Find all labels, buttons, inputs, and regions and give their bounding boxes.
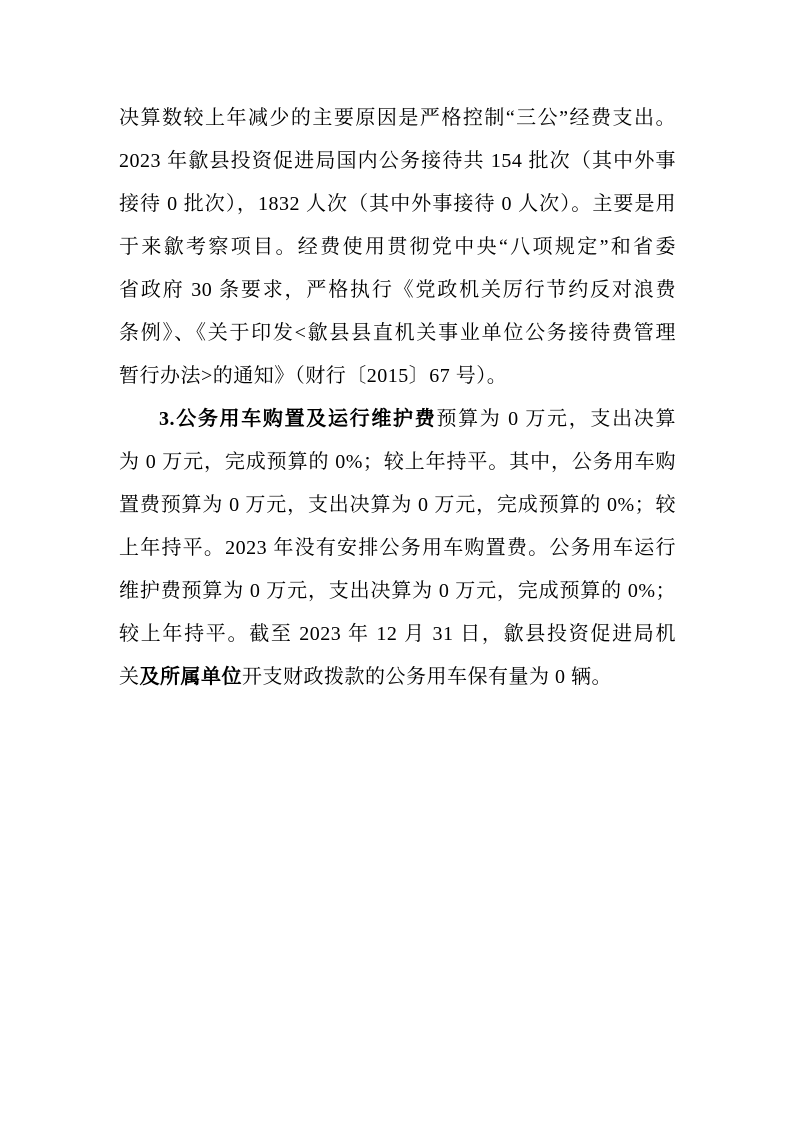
text-line: 接待 0 批次），1832 人次（其中外事接待 0 人次）。主要是用 <box>119 183 676 226</box>
text-line: 2023 年歙县投资促进局国内公务接待共 154 批次（其中外事 <box>119 140 676 183</box>
document-page: 决算数较上年减少的主要原因是严格控制“三公”经费支出。2023 年歙县投资促进局… <box>0 0 793 1122</box>
text-line: 省政府 30 条要求，严格执行《党政机关厉行节约反对浪费 <box>119 269 676 312</box>
text-line: 暂行办法>的通知》（财行〔2015〕67 号）。 <box>119 355 676 398</box>
text-line: 为 0 万元，完成预算的 0%；较上年持平。其中，公务用车购 <box>119 441 676 484</box>
text-segment: 上年持平。2023 年没有安排公务用车购置费。公务用车运行 <box>119 537 676 559</box>
text-line: 决算数较上年减少的主要原因是严格控制“三公”经费支出。 <box>119 97 676 140</box>
text-line: 3.公务用车购置及运行维护费预算为 0 万元，支出决算 <box>119 398 676 441</box>
text-line: 关及所属单位开支财政拨款的公务用车保有量为 0 辆。 <box>119 656 676 699</box>
text-segment: 较上年持平。截至 2023 年 12 月 31 日，歙县投资促进局机 <box>119 623 676 645</box>
text-segment: 维护费预算为 0 万元，支出决算为 0 万元，完成预算的 0%； <box>119 580 676 602</box>
text-segment: 为 0 万元，完成预算的 0%；较上年持平。其中，公务用车购 <box>119 451 676 473</box>
text-segment: 省政府 30 条要求，严格执行《党政机关厉行节约反对浪费 <box>119 279 676 301</box>
text-line: 于来歙考察项目。经费使用贯彻党中央“八项规定”和省委 <box>119 226 676 269</box>
text-line: 维护费预算为 0 万元，支出决算为 0 万元，完成预算的 0%； <box>119 570 676 613</box>
text-line: 较上年持平。截至 2023 年 12 月 31 日，歙县投资促进局机 <box>119 613 676 656</box>
text-segment: 暂行办法>的通知》（财行〔2015〕67 号）。 <box>119 365 507 387</box>
text-line: 置费预算为 0 万元，支出决算为 0 万元，完成预算的 0%；较 <box>119 484 676 527</box>
document-body: 决算数较上年减少的主要原因是严格控制“三公”经费支出。2023 年歙县投资促进局… <box>119 97 676 699</box>
text-segment: 2023 年歙县投资促进局国内公务接待共 154 批次（其中外事 <box>119 150 676 172</box>
text-segment: 于来歙考察项目。经费使用贯彻党中央“八项规定”和省委 <box>119 236 676 258</box>
text-segment: 接待 0 批次），1832 人次（其中外事接待 0 人次）。主要是用 <box>119 193 676 215</box>
bold-text-segment: 3.公务用车购置及运行维护费 <box>159 408 436 430</box>
text-segment: 条例》、《关于印发<歙县县直机关事业单位公务接待费管理 <box>119 322 676 344</box>
bold-text-segment: 及所属单位 <box>140 666 243 688</box>
text-segment: 预算为 0 万元，支出决算 <box>436 408 676 430</box>
text-segment: 开支财政拨款的公务用车保有量为 0 辆。 <box>242 666 612 688</box>
text-line: 上年持平。2023 年没有安排公务用车购置费。公务用车运行 <box>119 527 676 570</box>
text-segment: 决算数较上年减少的主要原因是严格控制“三公”经费支出。 <box>119 107 676 129</box>
text-line: 条例》、《关于印发<歙县县直机关事业单位公务接待费管理 <box>119 312 676 355</box>
text-segment: 置费预算为 0 万元，支出决算为 0 万元，完成预算的 0%；较 <box>119 494 676 516</box>
text-segment: 关 <box>119 666 140 688</box>
